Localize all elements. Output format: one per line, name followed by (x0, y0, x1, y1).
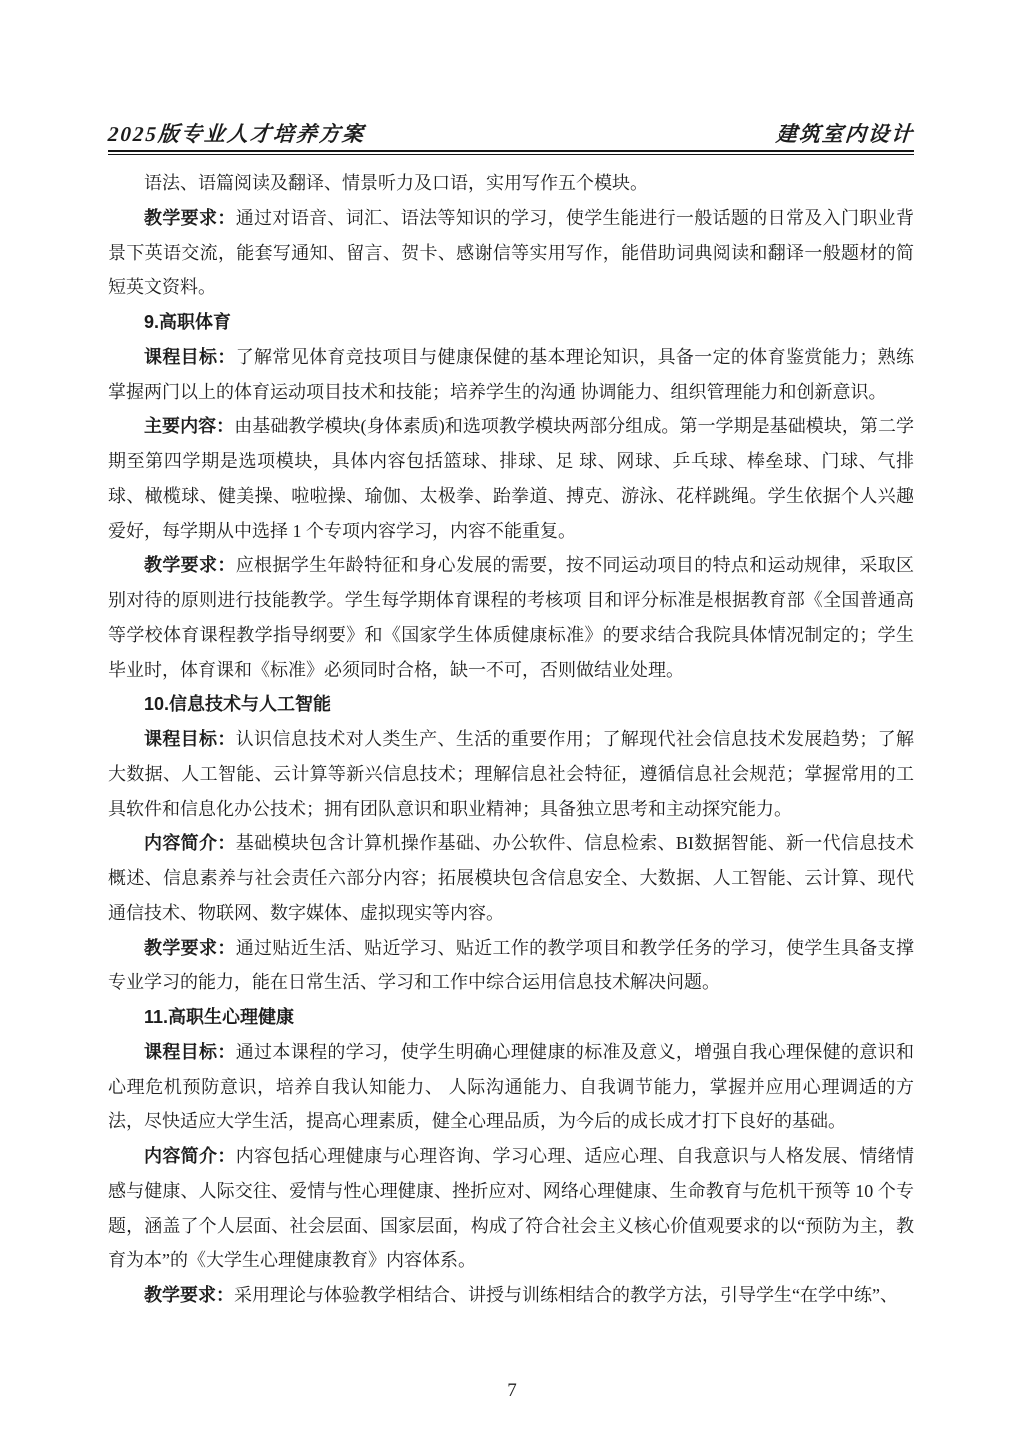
paragraph-label: 教学要求： (144, 555, 236, 575)
paragraph: 内容简介：内容包括心理健康与心理咨询、学习心理、适应心理、自我意识与人格发展、情… (108, 1139, 914, 1278)
paragraph: 课程目标：了解常见体育竞技项目与健康保健的基本理论知识，具备一定的体育鉴赏能力；… (108, 340, 914, 410)
paragraph: 教学要求：通过贴近生活、贴近学习、贴近工作的教学项目和教学任务的学习，使学生具备… (108, 931, 914, 1001)
page-footer: 7 (0, 1380, 1024, 1402)
document-body: 语法、语篇阅读及翻译、情景听力及口语，实用写作五个模块。教学要求：通过对语音、词… (108, 166, 914, 1313)
paragraph-label: 主要内容： (144, 416, 234, 436)
paragraph-label: 教学要求： (144, 208, 236, 228)
paragraph: 语法、语篇阅读及翻译、情景听力及口语，实用写作五个模块。 (108, 166, 914, 201)
paragraph: 课程目标：认识信息技术对人类生产、生活的重要作用；了解现代社会信息技术发展趋势；… (108, 722, 914, 826)
header-divider (108, 150, 914, 155)
section-heading: 9.高职体育 (108, 305, 914, 340)
paragraph-label: 教学要求： (144, 938, 236, 958)
paragraph: 主要内容：由基础教学模块(身体素质)和选项教学模块两部分组成。第一学期是基础模块… (108, 409, 914, 548)
paragraph-label: 内容简介： (144, 833, 236, 853)
paragraph-label: 课程目标： (144, 729, 236, 749)
paragraph-label: 教学要求： (144, 1285, 234, 1305)
header-divider-thin-line (108, 154, 914, 155)
paragraph: 内容简介：基础模块包含计算机操作基础、办公软件、信息检索、BI数据智能、新一代信… (108, 826, 914, 930)
page-number: 7 (507, 1380, 517, 1401)
paragraph-label: 课程目标： (144, 1042, 236, 1062)
header-left-title: 2025版专业人才培养方案 (107, 118, 366, 148)
page-header: 2025版专业人才培养方案 建筑室内设计 (108, 118, 914, 148)
paragraph-label: 内容简介： (144, 1146, 236, 1166)
paragraph-label: 课程目标： (144, 347, 236, 367)
section-heading: 10.信息技术与人工智能 (108, 687, 914, 722)
header-right-title: 建筑室内设计 (775, 118, 915, 148)
section-heading: 11.高职生心理健康 (108, 1000, 914, 1035)
paragraph: 课程目标：通过本课程的学习，使学生明确心理健康的标准及意义，增强自我心理保健的意… (108, 1035, 914, 1139)
paragraph: 教学要求：应根据学生年龄特征和身心发展的需要，按不同运动项目的特点和运动规律，采… (108, 548, 914, 687)
document-page: 2025版专业人才培养方案 建筑室内设计 语法、语篇阅读及翻译、情景听力及口语，… (0, 0, 1024, 1448)
paragraph: 教学要求：通过对语音、词汇、语法等知识的学习，使学生能进行一般话题的日常及入门职… (108, 201, 914, 305)
paragraph: 教学要求：采用理论与体验教学相结合、讲授与训练相结合的教学方法，引导学生“在学中… (108, 1278, 914, 1313)
header-divider-thick-line (108, 150, 914, 152)
